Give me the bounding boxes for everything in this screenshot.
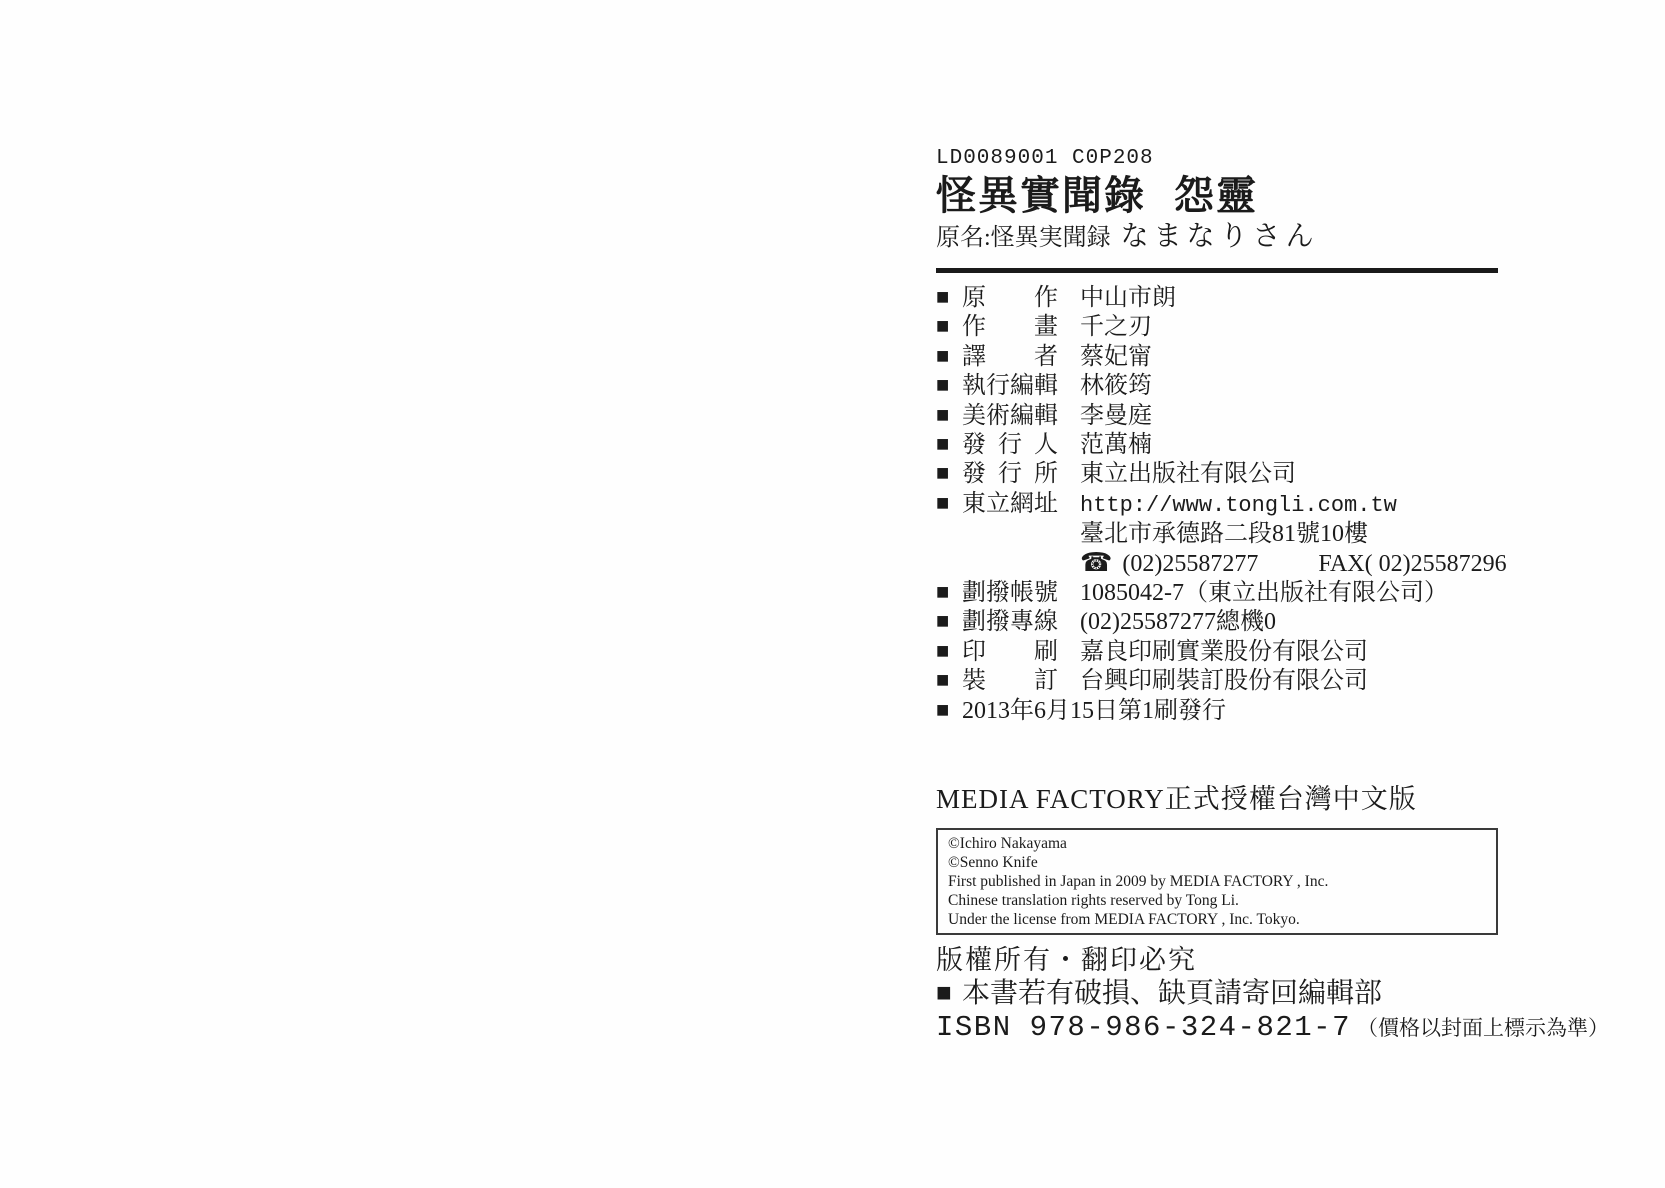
square-bullet-icon: ■ <box>936 976 962 1010</box>
publisher-address: 臺北市承德路二段81號10樓 <box>1080 521 1368 547</box>
credit-value: 蔡妃甯 <box>1080 344 1152 370</box>
square-bullet-icon: ■ <box>936 696 962 724</box>
square-bullet-icon: ■ <box>936 459 962 487</box>
credit-value: 千之刃 <box>1080 314 1152 340</box>
credit-label: 執行編輯 <box>962 372 1058 400</box>
license-heading: MEDIA FACTORY正式授權台灣中文版 <box>936 783 1498 815</box>
license-line-under-license: Under the license from MEDIA FACTORY , I… <box>948 910 1486 929</box>
credit-row-address: 臺北市承德路二段81號10樓 <box>936 520 1498 548</box>
fax-number: FAX( 02)25587296 <box>1318 551 1506 577</box>
license-line-copyright-1: ©Ichiro Nakayama <box>948 834 1486 853</box>
original-title-line: 原名:怪異実聞録なまなりさん <box>936 220 1498 255</box>
phone-number: (02)25587277 <box>1122 551 1258 577</box>
phone-icon: ☎ <box>1080 548 1112 577</box>
square-bullet-icon: ■ <box>936 666 962 694</box>
square-bullet-icon: ■ <box>936 637 962 665</box>
credit-row-website: ■東立網址http://www.tongli.com.tw <box>936 489 1498 520</box>
square-bullet-icon: ■ <box>936 283 962 311</box>
credit-value: 嘉良印刷實業股份有限公司 <box>1080 639 1368 665</box>
square-bullet-icon: ■ <box>936 578 962 606</box>
license-line-translation-rights: Chinese translation rights reserved by T… <box>948 891 1486 910</box>
credit-row-original-author: ■原作中山市朗 <box>936 283 1498 312</box>
credit-label: 印刷 <box>962 638 1058 666</box>
credits-list: ■原作中山市朗 ■作畫千之刃 ■譯者蔡妃甯 ■執行編輯林筱筠 ■美術編輯李曼庭 … <box>936 283 1498 725</box>
credit-label: 發行人 <box>962 431 1058 459</box>
publisher-url: http://www.tongli.com.tw <box>1080 493 1397 518</box>
credit-row-postal-account: ■劃撥帳號1085042-7（東立出版社有限公司） <box>936 578 1498 607</box>
credit-value: 1085042-7（東立出版社有限公司） <box>1080 580 1448 606</box>
square-bullet-icon: ■ <box>936 312 962 340</box>
credit-label: 劃撥專線 <box>962 608 1058 636</box>
divider-rule <box>936 268 1498 273</box>
square-bullet-icon: ■ <box>936 489 962 517</box>
license-line-copyright-2: ©Senno Knife <box>948 853 1486 872</box>
credit-label: 裝訂 <box>962 667 1058 695</box>
square-bullet-icon: ■ <box>936 371 962 399</box>
credit-value: 范萬楠 <box>1080 432 1152 458</box>
isbn-line: ISBN978-986-324-821-7（價格以封面上標示為準） <box>936 1011 1498 1045</box>
credit-value: (02)25587277總機0 <box>1080 609 1276 635</box>
credit-label: 譯者 <box>962 343 1058 371</box>
square-bullet-icon: ■ <box>936 430 962 458</box>
credit-value: 台興印刷裝訂股份有限公司 <box>1080 668 1368 694</box>
credit-label: 東立網址 <box>962 490 1058 518</box>
credit-label: 劃撥帳號 <box>962 579 1058 607</box>
square-bullet-icon: ■ <box>936 401 962 429</box>
credit-row-artist: ■作畫千之刃 <box>936 312 1498 341</box>
copyright-notice: 版權所有・翻印必究 <box>936 944 1498 976</box>
credit-row-art-editor: ■美術編輯李曼庭 <box>936 401 1498 430</box>
credit-row-phone-fax: ☎(02)25587277FAX( 02)25587296 <box>936 549 1498 578</box>
square-bullet-icon: ■ <box>936 607 962 635</box>
book-title: 怪異實聞錄 怨靈 <box>936 172 1498 220</box>
print-date: 2013年6月15日第1刷發行 <box>962 698 1226 724</box>
credit-value: 中山市朗 <box>1080 285 1176 311</box>
colophon-page-scan: LD0089001 C0P208 怪異實聞錄 怨靈 原名:怪異実聞録なまなりさん… <box>0 0 1665 1188</box>
credit-label: 作畫 <box>962 313 1058 341</box>
credit-row-publisher-person: ■發行人范萬楠 <box>936 430 1498 459</box>
original-title-prefix: 原名:怪異実聞録 <box>936 225 1111 251</box>
credit-label: 原作 <box>962 284 1058 312</box>
credit-row-bindery: ■裝訂台興印刷裝訂股份有限公司 <box>936 666 1498 695</box>
credit-row-publisher-company: ■發行所東立出版社有限公司 <box>936 459 1498 488</box>
credit-label: 美術編輯 <box>962 402 1058 430</box>
credit-value: 李曼庭 <box>1080 403 1152 429</box>
isbn-label: ISBN <box>936 1011 1012 1044</box>
damaged-copy-notice: ■本書若有破損、缺頁請寄回編輯部 <box>936 976 1498 1011</box>
credit-value: 東立出版社有限公司 <box>1080 461 1296 487</box>
credit-row-translator: ■譯者蔡妃甯 <box>936 342 1498 371</box>
damaged-copy-text: 本書若有破損、缺頁請寄回編輯部 <box>962 978 1382 1009</box>
original-title-kana: なまなりさん <box>1121 221 1319 252</box>
license-line-first-published: First published in Japan in 2009 by MEDI… <box>948 872 1486 891</box>
credit-row-postal-hotline: ■劃撥專線(02)25587277總機0 <box>936 607 1498 636</box>
credit-label: 發行所 <box>962 460 1058 488</box>
credit-row-executive-editor: ■執行編輯林筱筠 <box>936 371 1498 400</box>
square-bullet-icon: ■ <box>936 342 962 370</box>
product-code: LD0089001 C0P208 <box>936 146 1498 172</box>
license-box: ©Ichiro Nakayama ©Senno Knife First publ… <box>936 828 1498 935</box>
price-note: （價格以封面上標示為準） <box>1357 1016 1609 1040</box>
colophon-column: LD0089001 C0P208 怪異實聞錄 怨靈 原名:怪異実聞録なまなりさん… <box>936 140 1498 1045</box>
credit-value: 林筱筠 <box>1080 373 1152 399</box>
isbn-number: 978-986-324-821-7 <box>1030 1011 1351 1044</box>
credit-row-printer: ■印刷嘉良印刷實業股份有限公司 <box>936 637 1498 666</box>
credit-row-print-date: ■2013年6月15日第1刷發行 <box>936 696 1498 725</box>
